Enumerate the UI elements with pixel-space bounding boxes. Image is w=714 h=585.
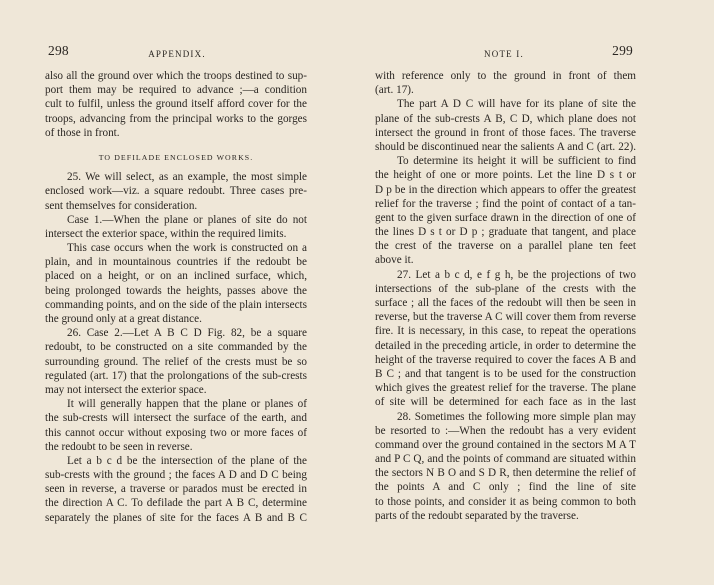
- text-line: cult to fulfil, unless the ground itself…: [45, 97, 307, 111]
- text-line: sent themselves for consideration.: [45, 199, 307, 213]
- text-line: D p be in the direction which appears to…: [375, 183, 636, 197]
- text-line: and P C Q, and the points of command are…: [375, 452, 636, 466]
- text-line: the points A and C only ; find the line …: [375, 480, 636, 494]
- text-line: also all the ground over which the troop…: [45, 69, 307, 83]
- text-line: detailed in the preceding article, in or…: [375, 339, 636, 353]
- text-line: 25. We will select, as an example, the m…: [45, 170, 307, 184]
- page-number: 299: [612, 43, 633, 59]
- text-line: plain, and in mountainous countries if t…: [45, 255, 307, 269]
- left-page: 298 APPENDIX. also all the ground over w…: [0, 0, 357, 585]
- text-line: 28. Sometimes the following more simple …: [375, 410, 636, 424]
- text-line: 27. Let a b c d, e f g h, be the project…: [375, 268, 636, 282]
- text-line: B C ; and that tangent is to be used for…: [375, 367, 636, 381]
- text-line: 26. Case 2.—Let A B C D Fig. 82, be a sq…: [45, 326, 307, 340]
- text-line: the redoubt to be seen in reverse.: [45, 440, 307, 454]
- text-line: seen in reverse, a traverse or parados m…: [45, 482, 307, 496]
- text-line: Let a b c d be the intersection of the p…: [45, 454, 307, 468]
- text-line: surrounding ground. The relief of the cr…: [45, 355, 307, 369]
- text-line: port them may be required to advance ;—a…: [45, 83, 307, 97]
- text-line: this cannot occur without exposing two o…: [45, 426, 307, 440]
- text-line: the crest of the traverse on a parallel …: [375, 239, 636, 253]
- text-line: the sectors N B O and S D R, then determ…: [375, 466, 636, 480]
- text-line: be resorted to :—When the redoubt has a …: [375, 424, 636, 438]
- text-line: It will generally happen that the plane …: [45, 397, 307, 411]
- text-line: parts of the redoubt separated by the tr…: [375, 509, 636, 523]
- text-line: command over the ground contained in the…: [375, 438, 636, 452]
- text-line: above it.: [375, 253, 636, 267]
- text-line: intersect the ground in front of those f…: [375, 126, 636, 140]
- text-line: This case occurs when the work is constr…: [45, 241, 307, 255]
- text-line: sub-crests with the ground ; the faces A…: [45, 468, 307, 482]
- text-line: of site will be determined for each face…: [375, 395, 636, 409]
- right-page-body: with reference only to the ground in fro…: [375, 69, 636, 523]
- text-line: the direction A C. To defilade the part …: [45, 496, 307, 510]
- text-line: which gives the greatest relief for the …: [375, 381, 636, 395]
- text-line: regulated (art. 17) that the prolongatio…: [45, 369, 307, 383]
- text-line: To determine its height it will be suffi…: [375, 154, 636, 168]
- right-page: NOTE I. 299 with reference only to the g…: [357, 0, 714, 585]
- text-line: placed on a height, or on an inclined su…: [45, 269, 307, 283]
- text-line: of those in front.: [45, 126, 307, 140]
- text-line: the height of one or more points. Let th…: [375, 168, 636, 182]
- text-line: (art. 17).: [375, 83, 636, 97]
- text-line: The part A D C will have for its plane o…: [375, 97, 636, 111]
- running-head-right: NOTE I. 299: [375, 43, 633, 59]
- text-line: to those points, and consider it as bein…: [375, 495, 636, 509]
- text-line: redoubt, to be constructed on a site com…: [45, 340, 307, 354]
- section-heading: TO DEFILADE ENCLOSED WORKS.: [45, 151, 307, 165]
- text-line: separately the planes of site for the fa…: [45, 511, 307, 525]
- text-line: relief for the traverse ; find the point…: [375, 197, 636, 211]
- left-page-body: also all the ground over which the troop…: [45, 69, 307, 525]
- text-line: intersect the exterior space, within the…: [45, 227, 307, 241]
- running-title: NOTE I.: [375, 46, 633, 62]
- text-line: commanding points, and on the side of th…: [45, 298, 307, 312]
- text-line: troops, advancing from the principal wor…: [45, 112, 307, 126]
- text-line: height of the traverse required to cover…: [375, 353, 636, 367]
- text-line: fire. It is necessary, in this case, to …: [375, 324, 636, 338]
- text-line: Case 1.—When the plane or planes of site…: [45, 213, 307, 227]
- text-line: gent to the given surface drawn in the d…: [375, 211, 636, 225]
- text-line: with reference only to the ground in fro…: [375, 69, 636, 83]
- text-line: should be discontinued near the salients…: [375, 140, 636, 154]
- text-line: reverse, but the traverse A C will cover…: [375, 310, 636, 324]
- text-line: the lines D s t or D p ; graduate that t…: [375, 225, 636, 239]
- running-head-left: 298 APPENDIX.: [48, 43, 306, 59]
- text-line: plane of the sub-crests A B, C D, which …: [375, 112, 636, 126]
- text-line: the sub-crests will intersect the surfac…: [45, 411, 307, 425]
- text-line: surface ; all the faces of the redoubt w…: [375, 296, 636, 310]
- text-line: intersections of the sub-plane of the cr…: [375, 282, 636, 296]
- text-line: may not intersect the exterior space.: [45, 383, 307, 397]
- text-line: being prolonged towards the heights, pas…: [45, 284, 307, 298]
- running-title: APPENDIX.: [48, 46, 306, 62]
- text-line: enclosed work—viz. a square redoubt. Thr…: [45, 184, 307, 198]
- text-line: the ground only at a great distance.: [45, 312, 307, 326]
